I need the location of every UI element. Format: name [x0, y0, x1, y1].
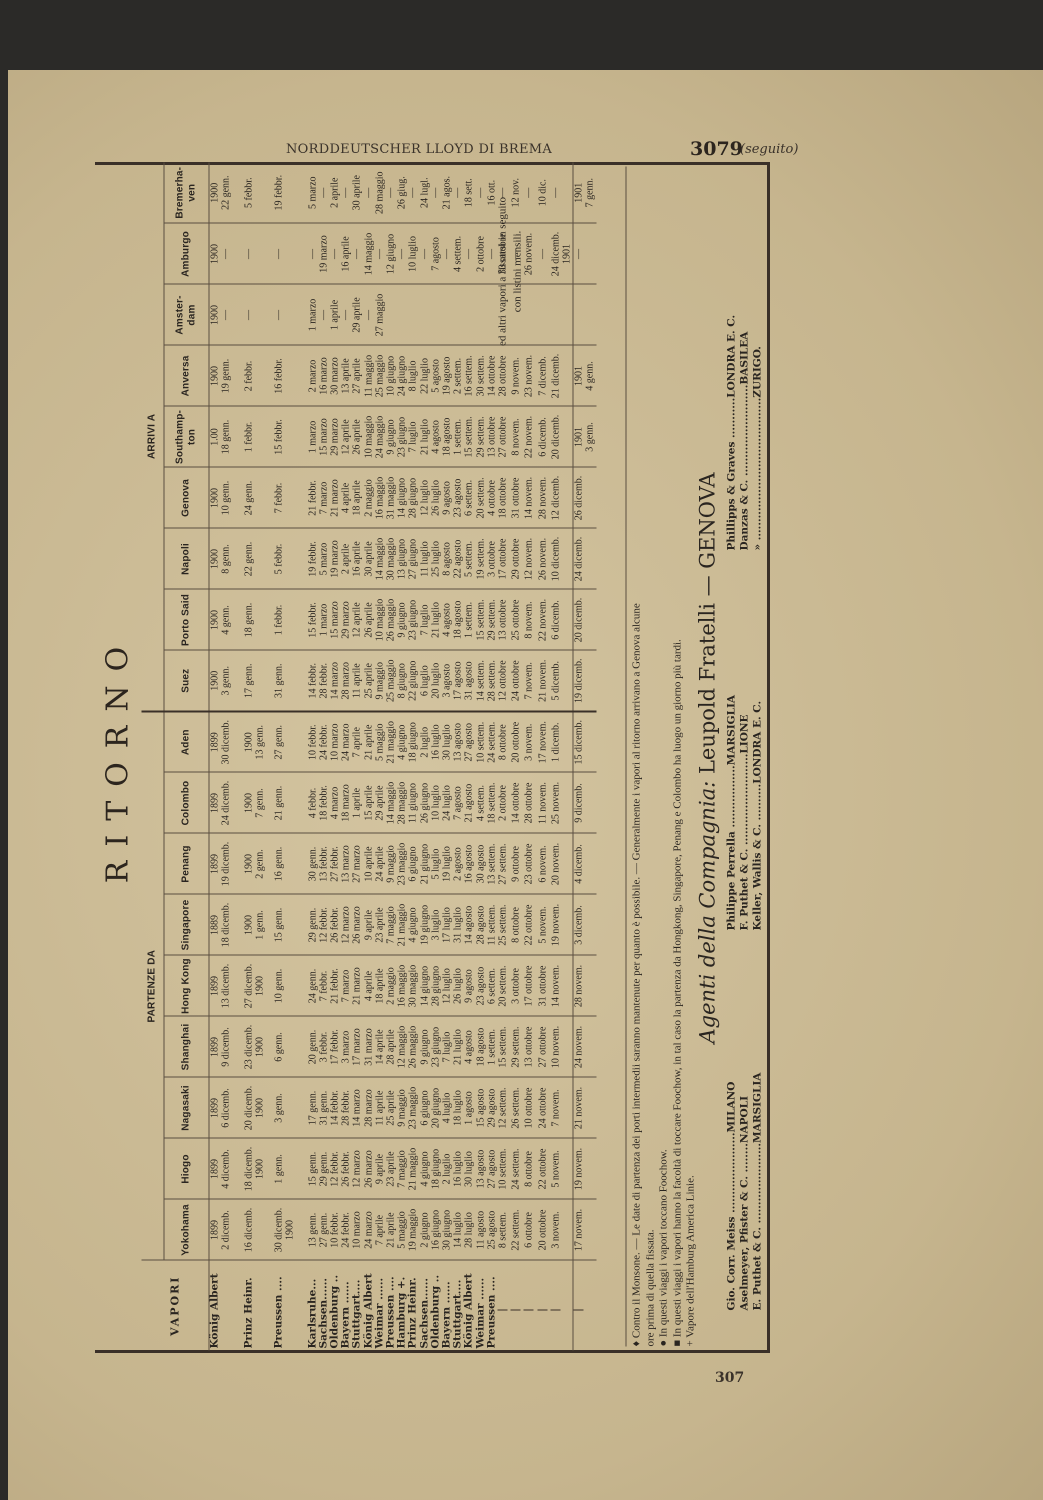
date-cell: 31 maggio — [385, 467, 396, 528]
date-cell: 30 marzo — [329, 345, 340, 406]
date-cell: — — [397, 223, 408, 284]
date-cell: 27 dicemb.1900 — [243, 955, 273, 1016]
date-cell: 5 maggio — [397, 1199, 408, 1260]
date-cell: 7 aprile — [374, 1199, 385, 1260]
date-cell: 13 ottobre — [486, 406, 497, 467]
steamer-name — [537, 1260, 550, 1350]
column-header-porto-said: Porto Said — [164, 589, 209, 650]
date-cell: 9 ottobre — [511, 833, 524, 894]
date-cell: 29 settem. — [511, 1016, 524, 1077]
date-cell: 27 agosto — [486, 1138, 497, 1199]
date-cell: 25 aprile — [385, 1077, 396, 1138]
date-cell: 2 aprile — [329, 162, 340, 223]
date-cell: 10 maggio — [374, 589, 385, 650]
date-cell: 17 novem. — [537, 711, 550, 772]
date-cell: 28 ottobre — [524, 772, 537, 833]
date-cell: 21 genn. — [273, 772, 307, 833]
date-cell: 10 febbr. — [307, 711, 318, 772]
date-cell: 26 marzo — [363, 1138, 374, 1199]
date-cell: 31 ottobre — [537, 955, 550, 1016]
date-cell: 11 novem. — [537, 772, 550, 833]
date-cell: 15 dicemb. — [573, 711, 596, 772]
date-cell: 16 maggio — [374, 467, 385, 528]
date-cell: 1 aprile — [329, 284, 340, 345]
date-cell: 23 maggio — [397, 833, 408, 894]
date-cell: 20 ottobre — [537, 1199, 550, 1260]
date-cell: 19003 genn. — [209, 650, 243, 711]
date-cell: 25 novem. — [550, 772, 573, 833]
date-cell: 21 febbr. — [329, 955, 340, 1016]
table-row: Prinz Heinr.16 dicemb.18 dicemb.190020 d… — [243, 162, 273, 1350]
date-cell: 8 ottobre — [497, 711, 510, 772]
date-cell: 12 febbr. — [329, 1138, 340, 1199]
date-cell: 8 giugno — [397, 650, 408, 711]
date-cell: — — [329, 223, 340, 284]
date-cell: 5 novem. — [550, 1138, 573, 1199]
date-cell: 30 settem. — [475, 345, 486, 406]
date-cell: 9 maggio — [397, 1077, 408, 1138]
date-cell: 25 ottobre — [511, 589, 524, 650]
date-cell: 13 genn. — [307, 1199, 318, 1260]
date-cell: 9 giugno — [397, 589, 408, 650]
ditto-mark — [524, 1309, 534, 1310]
date-cell: 5 marzo — [318, 528, 329, 589]
agents-column-3: Phillipps & Graves ...........LONDRA E. … — [726, 314, 765, 550]
date-cell: 28 agosto — [475, 894, 486, 955]
date-cell: 20 luglio — [430, 650, 441, 711]
date-cell: 10 genn. — [273, 955, 307, 1016]
date-cell: 30 aprile — [363, 528, 374, 589]
date-cell: 7 marzo — [318, 467, 329, 528]
date-cell: 18 agosto — [453, 589, 464, 650]
date-cell: 24 novem. — [573, 1016, 596, 1077]
date-cell: 26 giug. — [397, 162, 408, 223]
date-cell: — — [341, 284, 352, 345]
date-cell: 19 dicemb. — [573, 650, 596, 711]
date-cell: 27 maggio — [374, 284, 385, 345]
date-cell: 27 giugno — [408, 528, 419, 589]
table-row: Stuttgart....10 marzo12 marzo14 marzo17 … — [352, 162, 363, 1350]
date-cell: 26 luglio — [453, 955, 464, 1016]
date-cell: 29 settem. — [475, 406, 486, 467]
date-cell: 13 giugno — [397, 528, 408, 589]
column-header-colombo: Colombo — [164, 772, 209, 833]
date-cell: 15 agosto — [475, 1077, 486, 1138]
date-cell: 3 marzo — [341, 1016, 352, 1077]
date-cell: 15 settem. — [497, 1016, 510, 1077]
column-header-singapore: Singapore — [164, 894, 209, 955]
section-title-ritorno: RITORNO — [96, 165, 142, 1350]
date-cell: 6 giugno — [419, 1077, 430, 1138]
date-cell: 11 settem. — [486, 894, 497, 955]
table-row: Prinz Heinr.19 maggio21 maggio23 maggio2… — [408, 162, 419, 1350]
date-cell: 28 giugno — [408, 467, 419, 528]
date-cell: 1 genn. — [273, 1138, 307, 1199]
date-cell: 1 febbr. — [243, 406, 273, 467]
date-cell: 28 febbr. — [341, 1077, 352, 1138]
date-cell: 6 genn. — [273, 1016, 307, 1077]
date-cell: 11 giugno — [408, 772, 419, 833]
date-cell: 7 aprile — [352, 711, 363, 772]
date-cell: — — [273, 284, 307, 345]
date-cell — [464, 284, 475, 345]
date-cell: 24 maggio — [374, 406, 385, 467]
date-cell: 15 febbr. — [273, 406, 307, 467]
date-cell: 7 agosto — [430, 223, 441, 284]
date-cell: 14 novem. — [550, 955, 573, 1016]
date-cell: 7 agosto — [453, 772, 464, 833]
date-cell: 5 novem. — [537, 894, 550, 955]
date-cell: 19 luglio — [441, 833, 452, 894]
date-cell: — — [475, 162, 486, 223]
page-number: 307 — [715, 1370, 744, 1386]
date-cell: 4 settem. — [453, 223, 464, 284]
date-cell: 13 febbr. — [318, 833, 329, 894]
date-cell: 1.0018 genn. — [209, 406, 243, 467]
date-cell: 16 marzo — [318, 345, 329, 406]
date-cell: 17 luglio — [441, 894, 452, 955]
date-cell: 12 giugno — [385, 223, 396, 284]
vapori-header: VAPORI — [142, 1260, 210, 1350]
date-cell: 30 maggio — [385, 528, 396, 589]
date-cell: 14 marzo — [352, 1077, 363, 1138]
date-cell: 8 settem. — [497, 1199, 510, 1260]
steamer-name: König Albert — [464, 1260, 475, 1350]
date-cell: 4 luglio — [441, 1077, 452, 1138]
date-cell: 18994 dicemb. — [209, 1138, 243, 1199]
footnote: ♦ Contro il Monsone. — Le date di parten… — [631, 166, 645, 1346]
date-cell: — — [341, 162, 352, 223]
date-cell: 27 settem. — [497, 833, 510, 894]
date-cell: 16 genn. — [273, 833, 307, 894]
date-cell: 12 novem. — [524, 528, 537, 589]
date-cell: 29 genn. — [307, 894, 318, 955]
date-cell: 10 ottobre — [524, 1077, 537, 1138]
date-cell: 15 marzo — [329, 589, 340, 650]
agents-column-1: Gio. Corr. Meiss ......................M… — [726, 1072, 765, 1310]
date-cell: 21 marzo — [352, 955, 363, 1016]
table-row: Oldenburg ..16 giugno18 giugno20 giugno2… — [430, 162, 441, 1350]
date-cell: 24 lugl. — [419, 162, 430, 223]
date-cell: 1 marzo — [318, 589, 329, 650]
steamer-name: Prinz Heinr. — [408, 1260, 419, 1350]
date-cell: 27 febbr. — [329, 833, 340, 894]
date-cell: 10 febbr. — [329, 1199, 340, 1260]
date-cell: 6 luglio — [419, 650, 430, 711]
date-cell: 4 giugno — [397, 711, 408, 772]
date-cell: 14 giugno — [397, 467, 408, 528]
date-cell: 23 dicemb.1900 — [243, 1016, 273, 1077]
date-cell: 9 agosto — [464, 955, 475, 1016]
date-cell: 19 novem. — [573, 1138, 596, 1199]
column-header-aden: Aden — [164, 711, 209, 772]
date-cell: 21 luglio — [430, 589, 441, 650]
date-cell: 10 settem. — [497, 1138, 510, 1199]
date-cell: 19002 genn. — [243, 833, 273, 894]
date-cell: 10 giugno — [385, 345, 396, 406]
date-cell: 31 luglio — [453, 894, 464, 955]
date-cell: 10 settem. — [475, 711, 486, 772]
date-cell: 29 aprile — [352, 284, 363, 345]
date-cell: 18 agosto — [441, 406, 452, 467]
date-cell: 21 aprile — [363, 711, 374, 772]
date-cell: 14 marzo — [329, 650, 340, 711]
date-cell: 18 genn. — [243, 589, 273, 650]
date-cell: 18 giugno — [408, 711, 419, 772]
date-cell: 22 settem. — [511, 1199, 524, 1260]
date-cell: 3 febbr. — [318, 1016, 329, 1077]
date-cell: 16 maggio — [397, 955, 408, 1016]
date-cell: 4 febbr. — [307, 772, 318, 833]
date-cell: 15 marzo — [318, 406, 329, 467]
date-cell: 29 ottobre — [511, 528, 524, 589]
date-cell: 20 settem. — [475, 467, 486, 528]
date-cell: 24 febbr. — [318, 711, 329, 772]
agent-entry: F. Puthet & C. .........................… — [739, 694, 752, 930]
date-cell: 18 aprile — [352, 467, 363, 528]
date-cell: 18 settem. — [486, 772, 497, 833]
date-cell: 1 marzo — [307, 406, 318, 467]
agent-entry: » ......................................… — [752, 314, 765, 550]
date-cell: 7 marzo — [341, 955, 352, 1016]
date-cell: 30 maggio — [408, 955, 419, 1016]
date-cell: — — [537, 223, 550, 284]
date-cell: 9 dicemb. — [573, 772, 596, 833]
date-cell: 12 luglio — [441, 955, 452, 1016]
date-cell: 14 ottobre — [511, 772, 524, 833]
date-cell: 28 luglio — [464, 1199, 475, 1260]
ditto-mark — [511, 1309, 521, 1310]
date-cell: 17 genn. — [243, 650, 273, 711]
date-cell: 27 agosto — [464, 711, 475, 772]
ditto-mark — [574, 1309, 584, 1310]
date-cell: 24 dicemb. — [573, 528, 596, 589]
date-cell: 25 settem. — [497, 894, 510, 955]
date-cell: 22 novem. — [537, 589, 550, 650]
date-cell: 25 aprile — [363, 650, 374, 711]
date-cell: — — [374, 223, 385, 284]
date-cell: 15 aprile — [363, 772, 374, 833]
date-cell: 26 aprile — [363, 589, 374, 650]
date-cell: 7 maggio — [385, 894, 396, 955]
date-cell: 10 dicemb. — [550, 528, 573, 589]
date-cell: 189913 dicemb. — [209, 955, 243, 1016]
date-cell: 16 aprile — [341, 223, 352, 284]
date-cell: 24 genn. — [243, 467, 273, 528]
agent-entry: Danzas & C. .........................BAS… — [739, 314, 752, 550]
company-title: NORDDEUTSCHER LLOYD DI BREMA — [286, 142, 552, 157]
date-cell: 2 maggio — [363, 467, 374, 528]
table-row: Stuttgart....14 luglio16 luglio18 luglio… — [453, 162, 464, 1350]
date-cell: — — [318, 162, 329, 223]
date-cell: 30 giugno — [441, 1199, 452, 1260]
date-cell: 2 luglio — [419, 711, 430, 772]
date-cell: 28 marzo — [363, 1077, 374, 1138]
date-cell: 21 maggio — [397, 894, 408, 955]
date-cell: 28 novem. — [537, 467, 550, 528]
date-cell: 29 aprile — [374, 772, 385, 833]
agent-entry: Aselmeyer, Pfister & C. ........NAPOLI — [739, 1072, 752, 1310]
date-cell: — — [243, 223, 273, 284]
date-cell: 28 giugno — [430, 955, 441, 1016]
date-cell: 18 ottobre — [497, 467, 510, 528]
date-cell: — — [243, 284, 273, 345]
table-row: Weimar ......7 aprile9 aprile11 aprile14… — [374, 162, 385, 1350]
date-cell: 11 aprile — [374, 1077, 385, 1138]
column-header-penang: Penang — [164, 833, 209, 894]
date-cell: 22 genn. — [243, 528, 273, 589]
date-cell — [524, 284, 537, 345]
date-cell: 11 luglio — [419, 528, 430, 589]
date-cell: 19014 genn. — [573, 345, 596, 406]
date-cell: 24 giugno — [397, 345, 408, 406]
date-cell — [537, 284, 550, 345]
date-cell: 26 luglio — [430, 467, 441, 528]
date-cell: 28 settem. — [486, 650, 497, 711]
agent-entry: E. Puthet & C. ......................MAR… — [752, 1072, 765, 1310]
table-row: Preussen ....21 aprile23 aprile25 aprile… — [385, 162, 396, 1350]
date-cell: 6 giugno — [408, 833, 419, 894]
date-cell: — — [464, 223, 475, 284]
date-cell: 11 agosto — [475, 1199, 486, 1260]
date-cell: 31 ottobre — [511, 467, 524, 528]
date-cell: 26 maggio — [408, 1016, 419, 1077]
date-cell: 2 agosto — [453, 833, 464, 894]
date-cell — [419, 284, 430, 345]
date-cell: 12 dicemb. — [550, 467, 573, 528]
date-cell: 5 settem. — [464, 528, 475, 589]
table-row: Preussen ....30 dicemb.19001 genn.3 genn… — [273, 162, 307, 1350]
date-cell: 10 aprile — [363, 833, 374, 894]
date-cell: 29 genn. — [318, 1138, 329, 1199]
date-cell: 15 settem. — [475, 589, 486, 650]
steamer-name: Stuttgart.... — [352, 1260, 363, 1350]
arrivi-header: ARRIVI A — [142, 162, 165, 711]
date-cell: 16 giugno — [430, 1199, 441, 1260]
date-cell: 1 settem. — [464, 589, 475, 650]
date-cell: 2 giugno — [419, 1199, 430, 1260]
date-cell: 20 ottobre — [511, 711, 524, 772]
date-cell: 2 ottobre — [475, 223, 486, 284]
date-cell: 13 agosto — [475, 1138, 486, 1199]
date-cell: 23 giugno — [408, 589, 419, 650]
date-cell: 14 maggio — [363, 223, 374, 284]
date-cell: 10 novem. — [550, 1016, 573, 1077]
date-cell: 21 agos. — [441, 162, 452, 223]
date-cell: 24 luglio — [441, 772, 452, 833]
date-cell: 22 novem. — [524, 406, 537, 467]
date-cell: 3 ottobre — [511, 955, 524, 1016]
date-cell: 5 luglio — [430, 833, 441, 894]
date-cell: 12 luglio — [419, 467, 430, 528]
date-cell: 189919 dicemb. — [209, 833, 243, 894]
agent-entry: Gio. Corr. Meiss ......................M… — [726, 1072, 739, 1310]
date-cell: 2 aprile — [341, 528, 352, 589]
date-cell: 4 ottobre — [486, 467, 497, 528]
date-cell: — — [352, 223, 363, 284]
date-cell: 1 settem. — [486, 1016, 497, 1077]
date-cell: 12 maggio — [397, 1016, 408, 1077]
date-cell: 14 febbr. — [329, 1077, 340, 1138]
date-cell: 18 aprile — [374, 955, 385, 1016]
column-header-bremerha-ven: Bremerha-​ven — [164, 162, 209, 223]
date-cell: 16 luglio — [430, 711, 441, 772]
agent-entry: Philippe Perrella .................MARSI… — [726, 694, 739, 930]
date-cell: 27 marzo — [352, 833, 363, 894]
date-cell: 16 dicemb. — [243, 1199, 273, 1260]
date-cell: 24 aprile — [374, 833, 385, 894]
date-cell: 26 marzo — [352, 894, 363, 955]
date-cell: 11 aprile — [352, 650, 363, 711]
date-cell: 12 marzo — [341, 894, 352, 955]
date-cell: 2 febbr. — [243, 345, 273, 406]
date-cell: 26 dicemb. — [573, 467, 596, 528]
column-header-yokohama: Yokohama — [164, 1199, 209, 1260]
footnote: ● In questi viaggi i vapori toccano Fooc… — [658, 166, 672, 1346]
date-cell: — — [318, 284, 329, 345]
date-cell: 24 settem. — [486, 711, 497, 772]
date-cell: 18992 dicemb. — [209, 1199, 243, 1260]
date-cell: 4 aprile — [341, 467, 352, 528]
date-cell: 18 marzo — [341, 772, 352, 833]
date-cell: 4 giugno — [419, 1138, 430, 1199]
date-cell: 21 marzo — [329, 467, 340, 528]
date-cell: 7 luglio — [419, 589, 430, 650]
date-cell: 19 marzo — [329, 528, 340, 589]
date-cell: 2 marzo — [307, 345, 318, 406]
date-cell: 3 luglio — [430, 894, 441, 955]
date-cell: 18 agosto — [475, 1016, 486, 1077]
date-cell: — — [408, 162, 419, 223]
date-cell: 27 ottobre — [537, 1016, 550, 1077]
date-cell: 190019 genn. — [209, 345, 243, 406]
date-cell: 7 novem. — [524, 650, 537, 711]
date-cell: 5 maggio — [374, 711, 385, 772]
date-cell: 19 giugno — [419, 894, 430, 955]
date-cell: 17 febbr. — [329, 1016, 340, 1077]
column-header-amster-dam: Amster-​dam — [164, 284, 209, 345]
date-cell: 21 maggio — [408, 1138, 419, 1199]
date-cell: 30 aprile — [352, 162, 363, 223]
agent-entry: Phillipps & Graves ...........LONDRA E. … — [726, 314, 739, 550]
steamer-name — [573, 1260, 596, 1350]
date-cell: 6 settem. — [464, 467, 475, 528]
date-cell: 13 ottobre — [524, 1016, 537, 1077]
date-cell: 29 marzo — [329, 406, 340, 467]
date-cell: 1 aprile — [352, 772, 363, 833]
date-cell: 21 febbr. — [307, 467, 318, 528]
date-cell: 13 agosto — [453, 711, 464, 772]
date-cell: 5 febbr. — [243, 162, 273, 223]
date-cell: 27 genn. — [318, 1199, 329, 1260]
date-cell: 18 sett. — [464, 162, 475, 223]
date-cell: 1 agosto — [464, 1077, 475, 1138]
column-header-hong-kong: Hong Kong — [164, 955, 209, 1016]
column-header-napoli: Napoli — [164, 528, 209, 589]
steamer-name: Preussen .... — [273, 1260, 307, 1350]
date-cell: 9 maggio — [374, 650, 385, 711]
date-cell: 22 ottobre — [524, 894, 537, 955]
date-cell: 21 luglio — [453, 1016, 464, 1077]
date-cell: 13 marzo — [341, 833, 352, 894]
date-cell: 1900— — [209, 223, 243, 284]
date-cell — [573, 284, 596, 345]
date-cell: 26 febbr. — [329, 894, 340, 955]
date-cell: 2 luglio — [441, 1138, 452, 1199]
date-cell: 9 giugno — [385, 406, 396, 467]
date-cell: 17 ottobre — [497, 528, 510, 589]
date-cell: 21 luglio — [419, 406, 430, 467]
